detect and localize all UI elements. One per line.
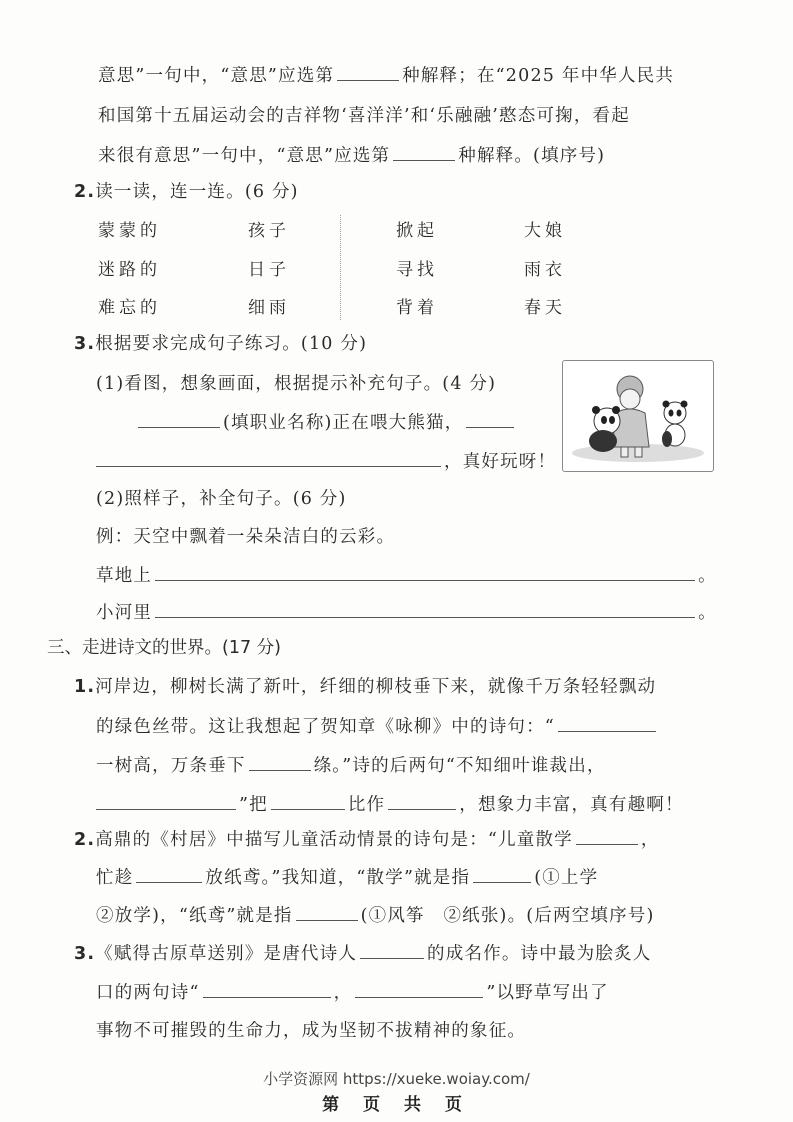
question-number: 2.	[74, 182, 95, 202]
text: ，	[334, 983, 353, 1003]
s3-q2-line2: 忙趁放纸鸢。”我知道，“散学”就是指(①上学	[96, 864, 598, 889]
text: 一树高，万条垂下	[96, 756, 246, 776]
answer-blank[interactable]	[355, 996, 483, 998]
q3-sub2-prompt1: 草地上。	[96, 562, 717, 587]
question-number: 3.	[74, 944, 95, 964]
text: 比作	[348, 795, 385, 815]
answer-blank[interactable]	[249, 769, 311, 771]
q3-sub1-line2: ，真好玩呀！	[96, 448, 556, 473]
answer-blank[interactable]	[558, 730, 656, 732]
text: (①风筝 ②纸张)。(后两空填序号)	[361, 906, 655, 926]
s3-q1-line2: 的绿色丝带。这让我想起了贺知章《咏柳》中的诗句：“	[96, 713, 659, 738]
match-item[interactable]: 大娘	[524, 216, 566, 241]
answer-blank[interactable]	[155, 616, 695, 618]
text: ”把	[239, 795, 268, 815]
s3-q1-line3: 一树高，万条垂下绦。”诗的后两句“不知细叶谁裁出，	[96, 752, 606, 777]
s3-q2-line1: 2.高鼎的《村居》中描写儿童活动情景的诗句是：“儿童散学，	[74, 826, 660, 851]
question-number: 2.	[74, 830, 95, 850]
text: 草地上	[96, 566, 152, 586]
panda-illustration-icon	[563, 361, 713, 471]
match-item[interactable]: 背着	[396, 293, 438, 318]
text: 高鼎的《村居》中描写儿童活动情景的诗句是：“儿童散学	[95, 830, 573, 850]
match-item[interactable]: 细雨	[248, 293, 290, 318]
text: (填职业名称)正在喂大熊猫，	[223, 413, 463, 433]
s3-q3-line2: 口的两句诗“，”以野草写出了	[96, 979, 609, 1004]
answer-blank[interactable]	[388, 808, 456, 810]
s3-q3-line1: 3.《赋得古原草送别》是唐代诗人的成名作。诗中最为脍炙人	[74, 940, 651, 965]
panda-feeding-illustration	[562, 360, 714, 472]
q1-continued-line1: 意思”一句中，“意思”应选第种解释；在“2025 年中华人民共	[98, 62, 674, 87]
question-title: 根据要求完成句子练习。(10 分)	[95, 334, 367, 354]
match-item[interactable]: 迷路的	[98, 255, 161, 280]
text: 的绿色丝带。这让我想起了贺知章《咏柳》中的诗句：“	[96, 717, 555, 737]
text: 。	[698, 566, 717, 586]
match-item[interactable]: 掀起	[396, 216, 438, 241]
text: 的成名作。诗中最为脍炙人	[427, 944, 651, 964]
answer-blank[interactable]	[203, 996, 331, 998]
text: 来很有意思”一句中，“意思”应选第	[98, 146, 390, 166]
s3-q1-line1: 1.河岸边，柳树长满了新叶，纤细的柳枝垂下来，就像千万条轻轻飘动	[74, 673, 656, 698]
q3-heading: 3.根据要求完成句子练习。(10 分)	[74, 330, 367, 355]
match-item[interactable]: 日子	[248, 255, 290, 280]
answer-blank[interactable]	[96, 465, 441, 467]
answer-blank[interactable]	[473, 881, 531, 883]
s3-q2-line3: ②放学)，“纸鸢”就是指(①风筝 ②纸张)。(后两空填序号)	[96, 902, 655, 927]
watermark: 小学资源网 https://xueke.woiay.com/	[0, 1068, 793, 1089]
text: 《赋得古原草送别》是唐代诗人	[95, 944, 357, 964]
answer-blank[interactable]	[271, 808, 345, 810]
text: ，	[641, 830, 660, 850]
q3-sub1-line1: (填职业名称)正在喂大熊猫，	[138, 409, 517, 434]
answer-blank[interactable]	[138, 426, 220, 428]
text: 意思”一句中，“意思”应选第	[98, 66, 334, 86]
answer-blank[interactable]	[337, 79, 399, 81]
text: 小河里	[96, 603, 152, 623]
text: 。	[698, 603, 717, 623]
text: 河岸边，柳树长满了新叶，纤细的柳枝垂下来，就像千万条轻轻飘动	[95, 677, 656, 697]
text: ，想象力丰富，真有趣啊！	[459, 795, 683, 815]
page-number: 第 页 共 页	[0, 1090, 793, 1115]
q3-sub2-example: 例：天空中飘着一朵朵洁白的云彩。	[96, 523, 395, 548]
match-item[interactable]: 难忘的	[98, 293, 161, 318]
match-item[interactable]: 寻找	[396, 255, 438, 280]
text: 放纸鸢。”我知道，“散学”就是指	[205, 868, 470, 888]
text: (①上学	[534, 868, 598, 888]
answer-blank[interactable]	[466, 426, 514, 428]
question-title: 读一读，连一连。(6 分)	[95, 182, 298, 202]
answer-blank[interactable]	[96, 808, 236, 810]
q3-sub2-title: (2)照样子，补全句子。(6 分)	[96, 485, 347, 510]
text: ②放学)，“纸鸢”就是指	[96, 906, 293, 926]
match-item[interactable]: 雨衣	[524, 255, 566, 280]
match-item[interactable]: 春天	[524, 293, 566, 318]
section-3-title: 三、走进诗文的世界。(17 分)	[47, 634, 281, 659]
answer-blank[interactable]	[136, 881, 202, 883]
text: 种解释。(填序号)	[458, 146, 605, 166]
q1-continued-line2: 和国第十五届运动会的吉祥物‘喜洋洋’和‘乐融融’憨态可掬，看起	[98, 102, 630, 127]
text: ，真好玩呀！	[444, 452, 556, 472]
q2-heading: 2.读一读，连一连。(6 分)	[74, 178, 299, 203]
text: 忙趁	[96, 868, 133, 888]
text: ”以野草写出了	[486, 983, 608, 1003]
question-number: 3.	[74, 334, 95, 354]
answer-blank[interactable]	[360, 957, 424, 959]
s3-q3-line3: 事物不可摧毁的生命力，成为坚韧不拔精神的象征。	[96, 1017, 526, 1042]
text: 种解释；在“2025 年中华人民共	[402, 66, 674, 86]
q3-sub1-title: (1)看图，想象画面，根据提示补充句子。(4 分)	[96, 370, 496, 395]
text: 绦。”诗的后两句“不知细叶谁裁出，	[314, 756, 606, 776]
dotted-divider	[340, 215, 341, 320]
text: 口的两句诗“	[96, 983, 200, 1003]
q1-continued-line3: 来很有意思”一句中，“意思”应选第种解释。(填序号)	[98, 142, 605, 167]
match-item[interactable]: 蒙蒙的	[98, 216, 161, 241]
answer-blank[interactable]	[576, 843, 638, 845]
answer-blank[interactable]	[393, 159, 455, 161]
s3-q1-line4: ”把比作，想象力丰富，真有趣啊！	[96, 791, 684, 816]
answer-blank[interactable]	[155, 579, 695, 581]
answer-blank[interactable]	[296, 919, 358, 921]
question-number: 1.	[74, 677, 95, 697]
q3-sub2-prompt2: 小河里。	[96, 599, 717, 624]
match-item[interactable]: 孩子	[248, 216, 290, 241]
